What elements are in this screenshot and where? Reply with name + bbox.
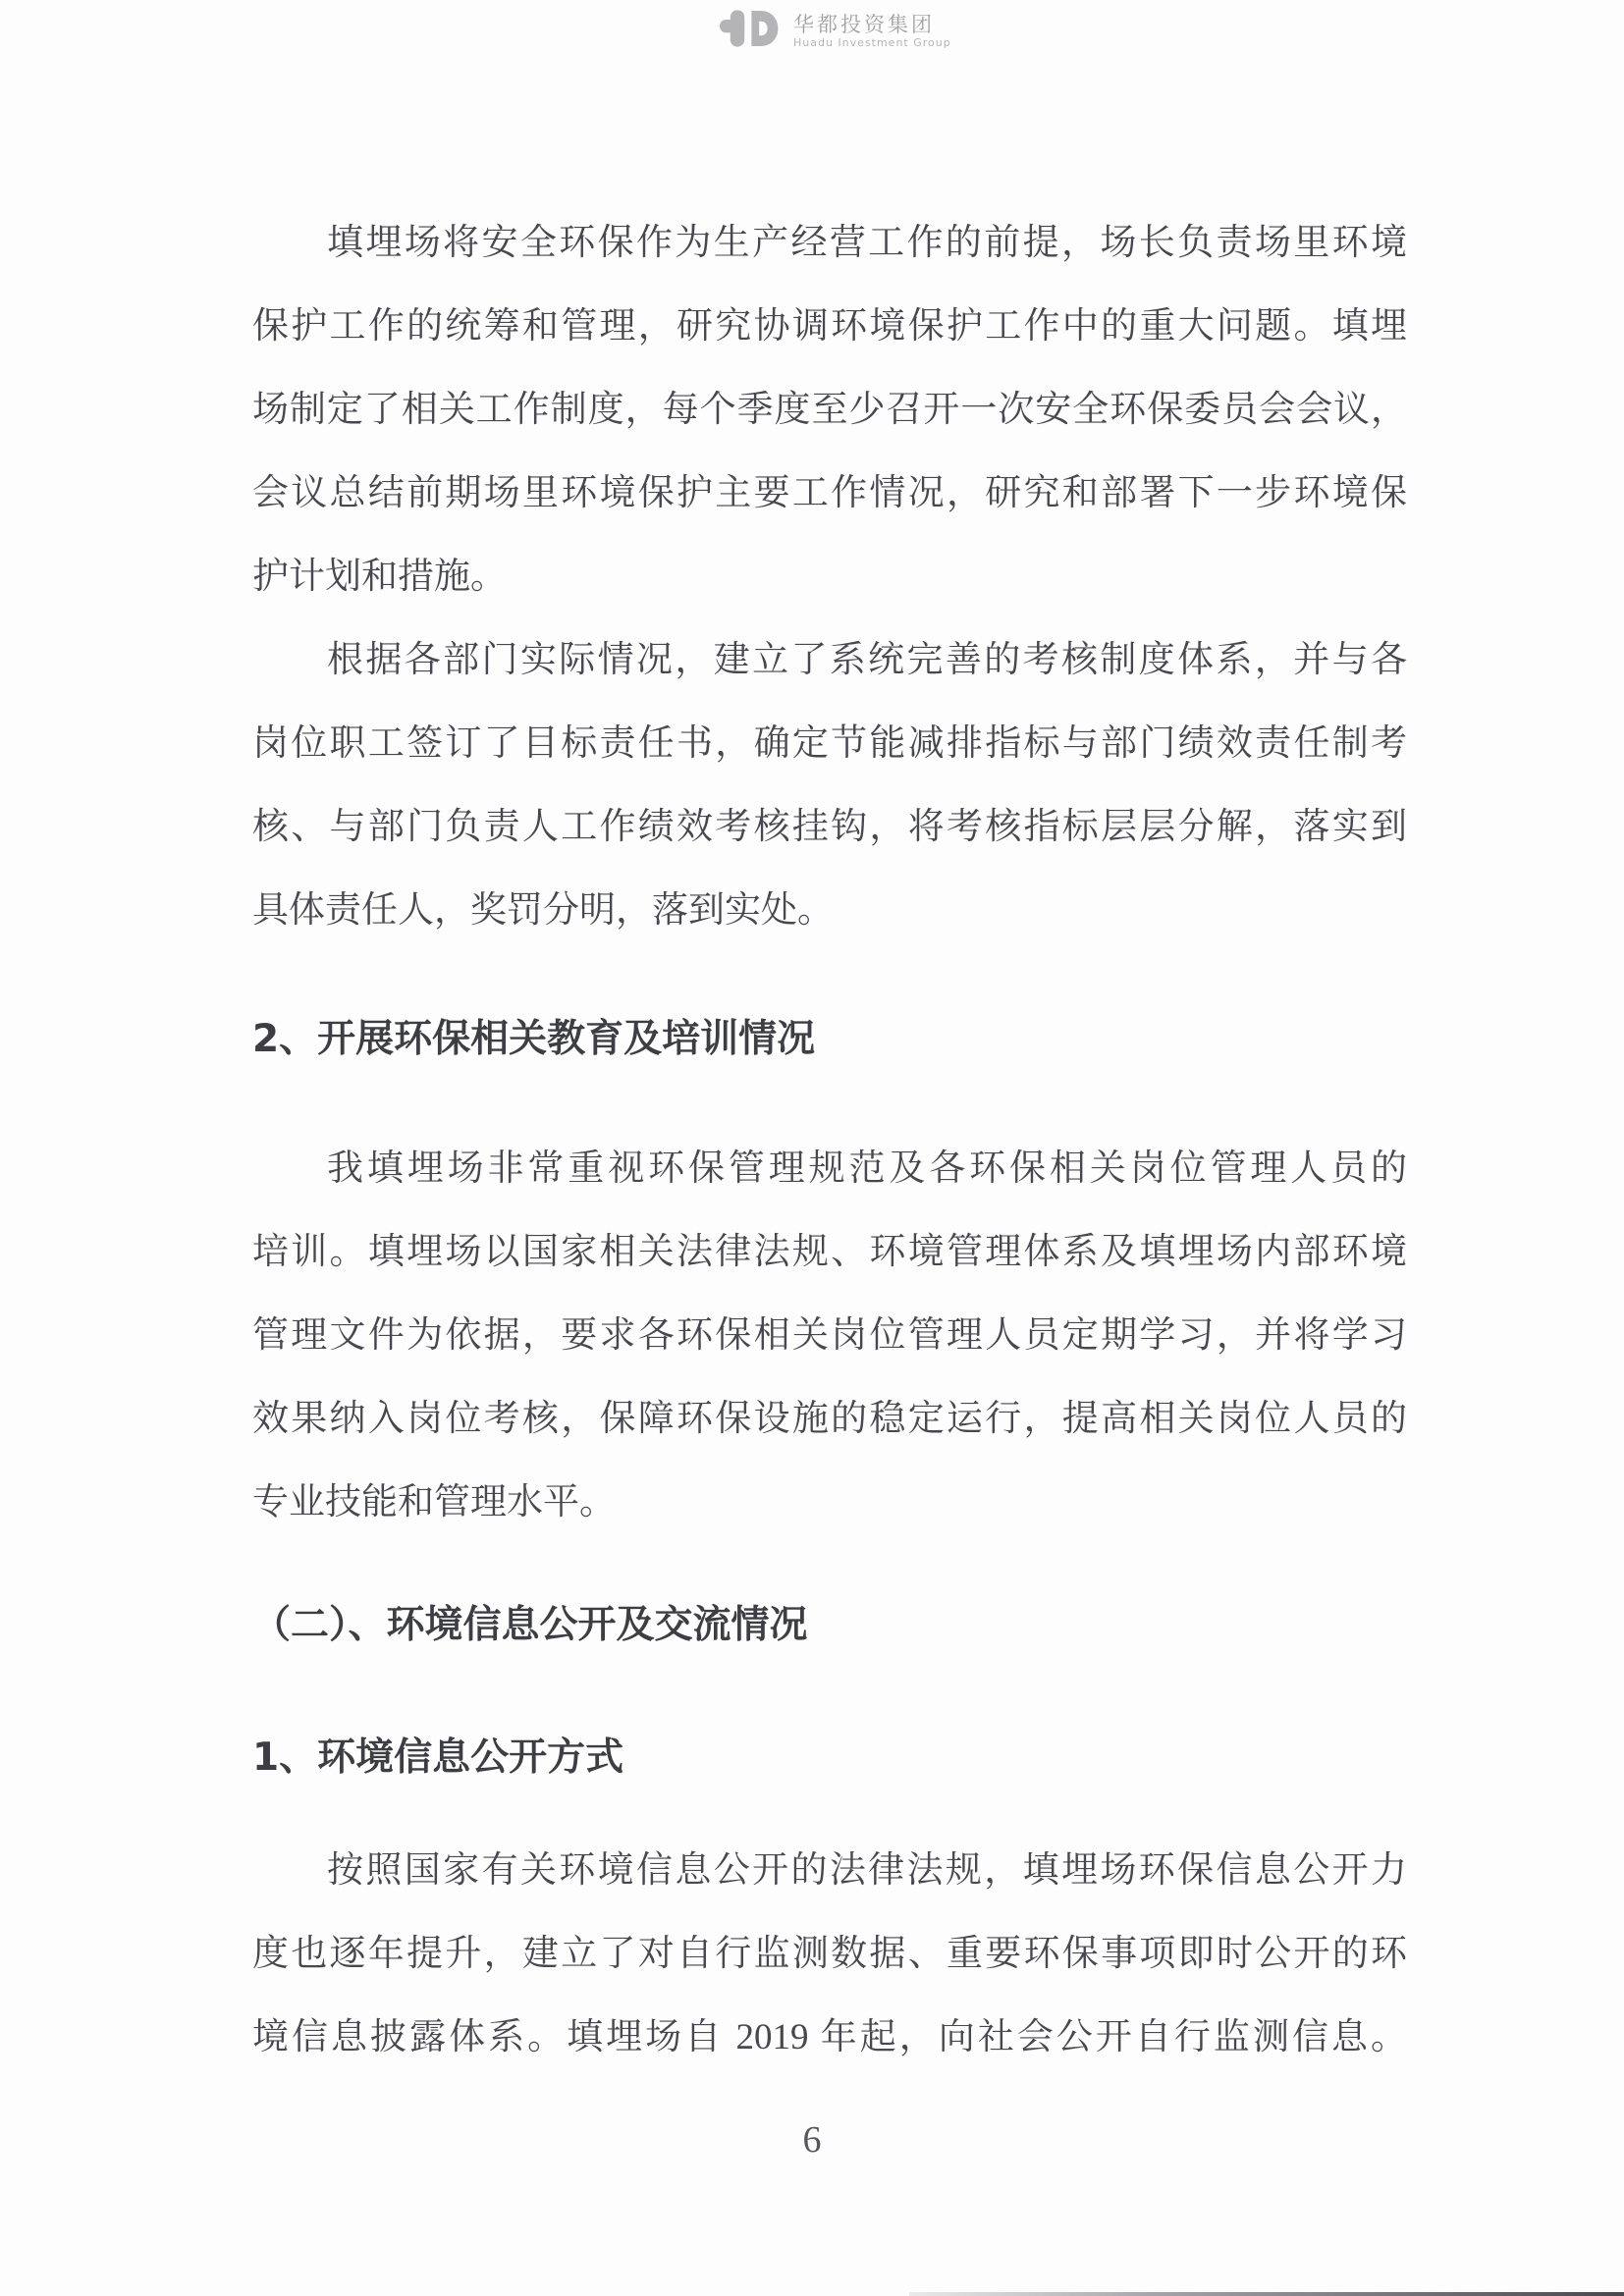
company-name-zh: 华都投资集团 [793,13,951,36]
paragraph-disclosure-detail: 按照国家有关环境信息公开的法律法规，填埋场环保信息公开力 度也逐年提升，建立了对… [252,1829,1407,2079]
text-line: 会议总结前期场里环境保护主要工作情况，研究和部署下一步环境保 [252,452,1407,535]
text-line: 专业技能和管理水平。 [252,1461,1407,1544]
scan-artifact-line [909,2292,1624,2296]
text-line: 岗位职工签订了目标责任书，确定节能减排指标与部门绩效责任制考 [252,702,1407,785]
text-line: 具体责任人，奖罚分明，落到实处。 [252,869,1407,952]
text-line: 境信息披露体系。填埋场自 2019 年起，向社会公开自行监测信息。 [252,1996,1407,2079]
company-logo: 华都投资集团 Huadu Investment Group [720,10,951,50]
hd-logo-icon [720,10,779,47]
text-line: 核、与部门负责人工作绩效考核挂钩，将考核指标层层分解，落实到 [252,785,1407,869]
company-logo-text: 华都投资集团 Huadu Investment Group [793,10,951,50]
text-line: 度也逐年提升，建立了对自行监测数据、重要环保事项即时公开的环 [252,1912,1407,1996]
text-line: 效果纳入岗位考核，保障环保设施的稳定运行，提高相关岗位人员的 [252,1377,1407,1461]
paragraph-training-detail: 我填埋场非常重视环保管理规范及各环保相关岗位管理人员的 培训。填埋场以国家相关法… [252,1127,1407,1544]
heading-training-section: 2、开展环保相关教育及培训情况 [252,997,1407,1081]
text-line: 培训。填埋场以国家相关法律法规、环境管理体系及填埋场内部环境 [252,1210,1407,1294]
document-page: 华都投资集团 Huadu Investment Group 填埋场将安全环保作为… [0,0,1624,2296]
text-line: 护计划和措施。 [252,535,1407,618]
company-name-en: Huadu Investment Group [793,36,951,50]
text-line: 场制定了相关工作制度，每个季度至少召开一次安全环保委员会会议， [252,368,1407,452]
text-line: 按照国家有关环境信息公开的法律法规，填埋场环保信息公开力 [252,1829,1407,1912]
text-line: 填埋场将安全环保作为生产经营工作的前提，场长负责场里环境 [252,201,1407,285]
text-line: 管理文件为依据，要求各环保相关岗位管理人员定期学习，并将学习 [252,1294,1407,1377]
text-line: 保护工作的统筹和管理，研究协调环境保护工作中的重大问题。填埋 [252,285,1407,368]
text-line: 根据各部门实际情况，建立了系统完善的考核制度体系，并与各 [252,618,1407,702]
heading-disclosure-method: 1、环境信息公开方式 [252,1716,1407,1799]
paragraph-safety-management: 填埋场将安全环保作为生产经营工作的前提，场长负责场里环境 保护工作的统筹和管理，… [252,201,1407,618]
text-line: 我填埋场非常重视环保管理规范及各环保相关岗位管理人员的 [252,1127,1407,1210]
paragraph-assessment-system: 根据各部门实际情况，建立了系统完善的考核制度体系，并与各 岗位职工签订了目标责任… [252,618,1407,952]
page-number: 6 [0,2110,1624,2169]
heading-info-disclosure-section: （二）、环境信息公开及交流情况 [252,1583,1407,1667]
